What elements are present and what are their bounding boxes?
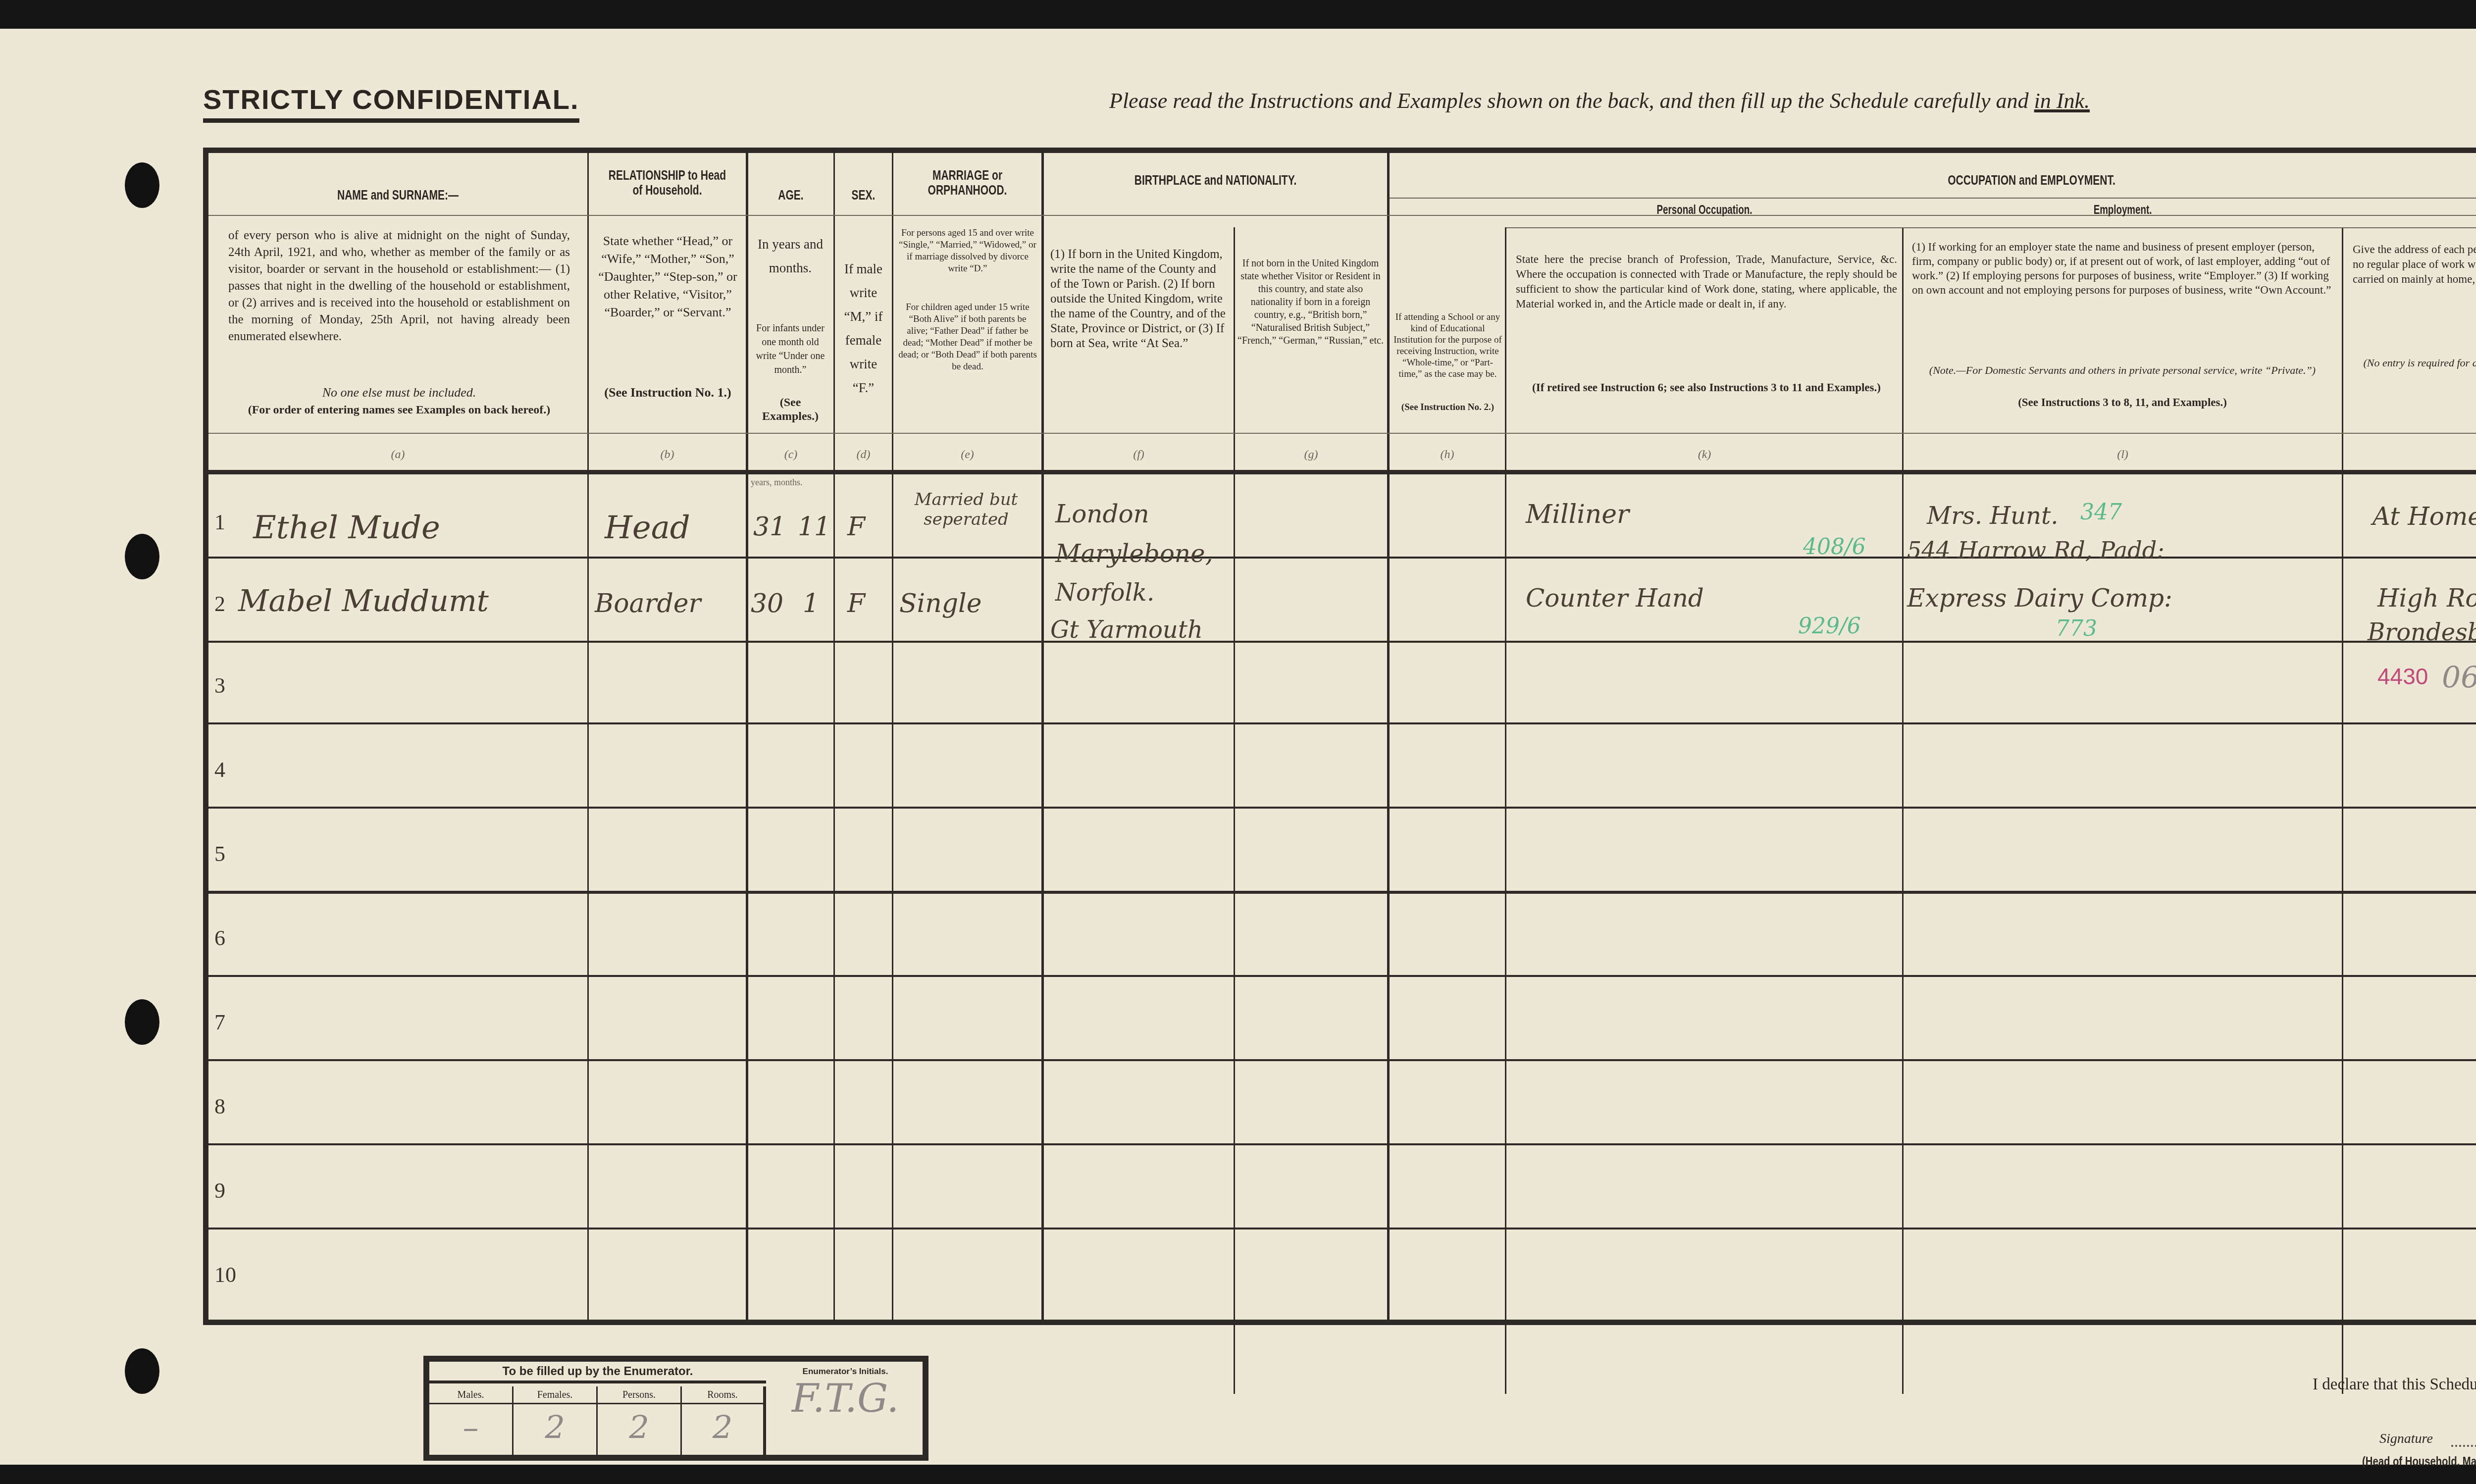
col-e-title: MARRIAGE or ORPHANHOOD. <box>912 168 1023 198</box>
enumerator-box-title: To be filled up by the Enumerator. <box>429 1362 766 1383</box>
row1-birthplace-county[interactable]: London <box>1055 500 1149 528</box>
col-k-instructions: State here the precise branch of Profess… <box>1516 252 1897 311</box>
row2-age-years[interactable]: 30 <box>751 589 783 618</box>
declaration-text: I declare that this Schedule is correctl… <box>2313 1376 2476 1394</box>
row2-relationship[interactable]: Boarder <box>595 589 701 618</box>
col-b-note: (See Instruction No. 1.) <box>595 386 741 400</box>
household-schedule-table: NAME and SURNAME:— of every person who i… <box>203 148 2476 1325</box>
row1-marriage[interactable]: Married but seperated <box>897 490 1035 529</box>
col-d-instructions: If male write “M,” if female write “F.” <box>837 257 889 400</box>
rooms-value[interactable]: 2 <box>682 1404 763 1452</box>
col-letter-a: (a) <box>208 448 587 461</box>
row2-place-code-pink: 4430 <box>2377 663 2428 690</box>
col-a-note: No one else must be included. <box>228 386 570 400</box>
col-m-instructions: Give the address of each person’s place … <box>2353 242 2476 287</box>
punch-hole <box>125 1348 159 1394</box>
punch-hole <box>125 534 159 579</box>
row1-employer-address[interactable]: 544 Harrow Rd, Padd: <box>1907 537 2165 563</box>
row1-place-of-work[interactable]: At Home. <box>2373 502 2476 531</box>
row-number: 9 <box>214 1178 225 1203</box>
col-letter-c: (c) <box>748 448 833 461</box>
initials-label: Enumerator’s Initials. <box>769 1362 922 1377</box>
row1-name[interactable]: Ethel Mude <box>253 510 440 546</box>
col-letter-h: (h) <box>1390 448 1505 461</box>
enumerator-initials: Enumerator’s Initials. F.T.G. <box>769 1362 922 1455</box>
row2-place-of-work-2[interactable]: Brondesbury. N.W.6 <box>2368 618 2476 646</box>
instruction-text: Please read the Instructions and Example… <box>1109 89 2034 113</box>
row-number: 1 <box>214 510 225 535</box>
col-l-note: (Note.—For Domestic Servants and others … <box>1912 363 2333 377</box>
enumerator-tally-box: To be filled up by the Enumerator. Males… <box>423 1356 928 1461</box>
signature-note: (Head of Household, Manager of Establish… <box>2362 1454 2476 1469</box>
col-m-note: (No entry is required for any person who… <box>2353 356 2476 370</box>
females-cell: Females.2 <box>514 1386 598 1455</box>
col-c-instructions: In years and months. <box>753 232 827 280</box>
col-a-title: NAME and SURNAME:— <box>256 188 540 203</box>
row2-sex[interactable]: F <box>847 589 865 618</box>
row-number: 2 <box>214 591 225 616</box>
row2-place-of-work[interactable]: High Road, <box>2377 584 2476 613</box>
col-letter-f: (f) <box>1044 448 1234 461</box>
initials-value[interactable]: F.T.G. <box>769 1377 922 1421</box>
punch-hole <box>125 999 159 1045</box>
row-number: 7 <box>214 1010 225 1035</box>
col-letter-e: (e) <box>893 448 1041 461</box>
females-value[interactable]: 2 <box>514 1404 596 1452</box>
col-c-note2: (See Examples.) <box>753 396 827 423</box>
col-d-title: SEX. <box>842 188 884 203</box>
col-k-note: (If retired see Instruction 6; see also … <box>1516 381 1897 395</box>
col-g-instructions: If not born in the United Kingdom state … <box>1238 257 1384 347</box>
row2-employer-code: 773 <box>2056 616 2097 641</box>
col-l-note2: (See Instructions 3 to 8, 11, and Exampl… <box>1912 396 2333 409</box>
row-number: 10 <box>214 1262 236 1287</box>
row1-birthplace-town[interactable]: Marylebone, <box>1055 539 1213 568</box>
persons-value[interactable]: 2 <box>598 1404 680 1452</box>
col-occupation-group-title: OCCUPATION and EMPLOYMENT. <box>1550 173 2476 188</box>
row2-occupation-code: 929/6 <box>1798 614 1861 639</box>
row1-age-months[interactable]: 11 <box>798 512 830 542</box>
row2-birthplace-town[interactable]: Gt Yarmouth <box>1050 616 1203 644</box>
col-f-instructions: (1) If born in the United Kingdom, write… <box>1050 247 1229 351</box>
row1-relationship[interactable]: Head <box>605 510 690 546</box>
col-k-title: Personal Occupation. <box>1556 203 1853 217</box>
signature-label: Signature <box>2379 1431 2433 1447</box>
row2-marriage[interactable]: Single <box>899 589 981 618</box>
males-cell: Males.– <box>429 1386 514 1455</box>
row2-employer[interactable]: Express Dairy Comp: <box>1907 584 2172 613</box>
census-schedule-page: STRICTLY CONFIDENTIAL. Please read the I… <box>0 29 2476 1465</box>
col-l-title: Employment. <box>1959 203 2287 217</box>
row-number: 4 <box>214 757 225 782</box>
col-c-note: For infants under one month old write “U… <box>753 321 827 377</box>
row1-employer[interactable]: Mrs. Hunt. <box>1927 502 2058 530</box>
row2-occupation[interactable]: Counter Hand <box>1526 584 1704 613</box>
col-letter-l: (l) <box>1904 448 2342 461</box>
punch-hole <box>125 162 159 208</box>
row1-age-years[interactable]: 31 <box>753 512 786 542</box>
col-e-note: For children aged under 15 write “Both A… <box>898 302 1037 373</box>
row1-occupation-code: 408/6 <box>1803 534 1866 560</box>
fill-instructions: Please read the Instructions and Example… <box>1109 88 2090 113</box>
row2-place-code-gray: 06 <box>2442 661 2476 695</box>
col-b-title: RELATIONSHIP to Head of Household. <box>609 168 726 198</box>
col-b-instructions: State whether “Head,” or “Wife,” “Mother… <box>595 232 741 321</box>
col-h-note: (See Instruction No. 2.) <box>1392 401 1503 414</box>
row2-name[interactable]: Mabel Muddитt <box>238 584 489 618</box>
rooms-cell: Rooms.2 <box>682 1386 766 1455</box>
row1-employer-code: 347 <box>2080 500 2122 525</box>
row1-sex[interactable]: F <box>847 512 865 542</box>
col-letter-k: (k) <box>1506 448 1903 461</box>
col-fg-title: BIRTHPLACE and NATIONALITY. <box>1087 173 1344 188</box>
row-number: 6 <box>214 925 225 951</box>
col-m-title: Place of Work. <box>2384 203 2476 217</box>
col-l-instructions: (1) If working for an employer state the… <box>1912 240 2333 297</box>
col-c-title: AGE. <box>759 188 823 203</box>
instruction-ink: in Ink. <box>2034 89 2090 113</box>
row1-occupation[interactable]: Milliner <box>1526 500 1629 529</box>
col-letter-d: (d) <box>835 448 892 461</box>
row2-birthplace-county[interactable]: Norfolk. <box>1055 579 1154 607</box>
row-number: 3 <box>214 673 225 698</box>
col-e-instructions: For persons aged 15 and over write “Sing… <box>898 227 1037 275</box>
row-number: 8 <box>214 1094 225 1119</box>
col-letter-g: (g) <box>1235 448 1387 461</box>
col-h-instructions: If attending a School or any kind of Edu… <box>1392 311 1503 380</box>
col-letter-m: (m) <box>2343 448 2476 461</box>
row2-age-months[interactable]: 1 <box>803 589 819 618</box>
col-letter-b: (b) <box>589 448 746 461</box>
confidential-heading: STRICTLY CONFIDENTIAL. <box>203 83 579 123</box>
col-a-note2: (For order of entering names see Example… <box>228 403 570 417</box>
signature-line <box>2451 1445 2476 1447</box>
age-sub-years: years, months. <box>751 477 803 488</box>
males-value[interactable]: – <box>429 1404 512 1452</box>
col-a-instructions: of every person who is alive at midnight… <box>228 227 570 345</box>
row-number: 5 <box>214 841 225 867</box>
persons-cell: Persons.2 <box>598 1386 682 1455</box>
